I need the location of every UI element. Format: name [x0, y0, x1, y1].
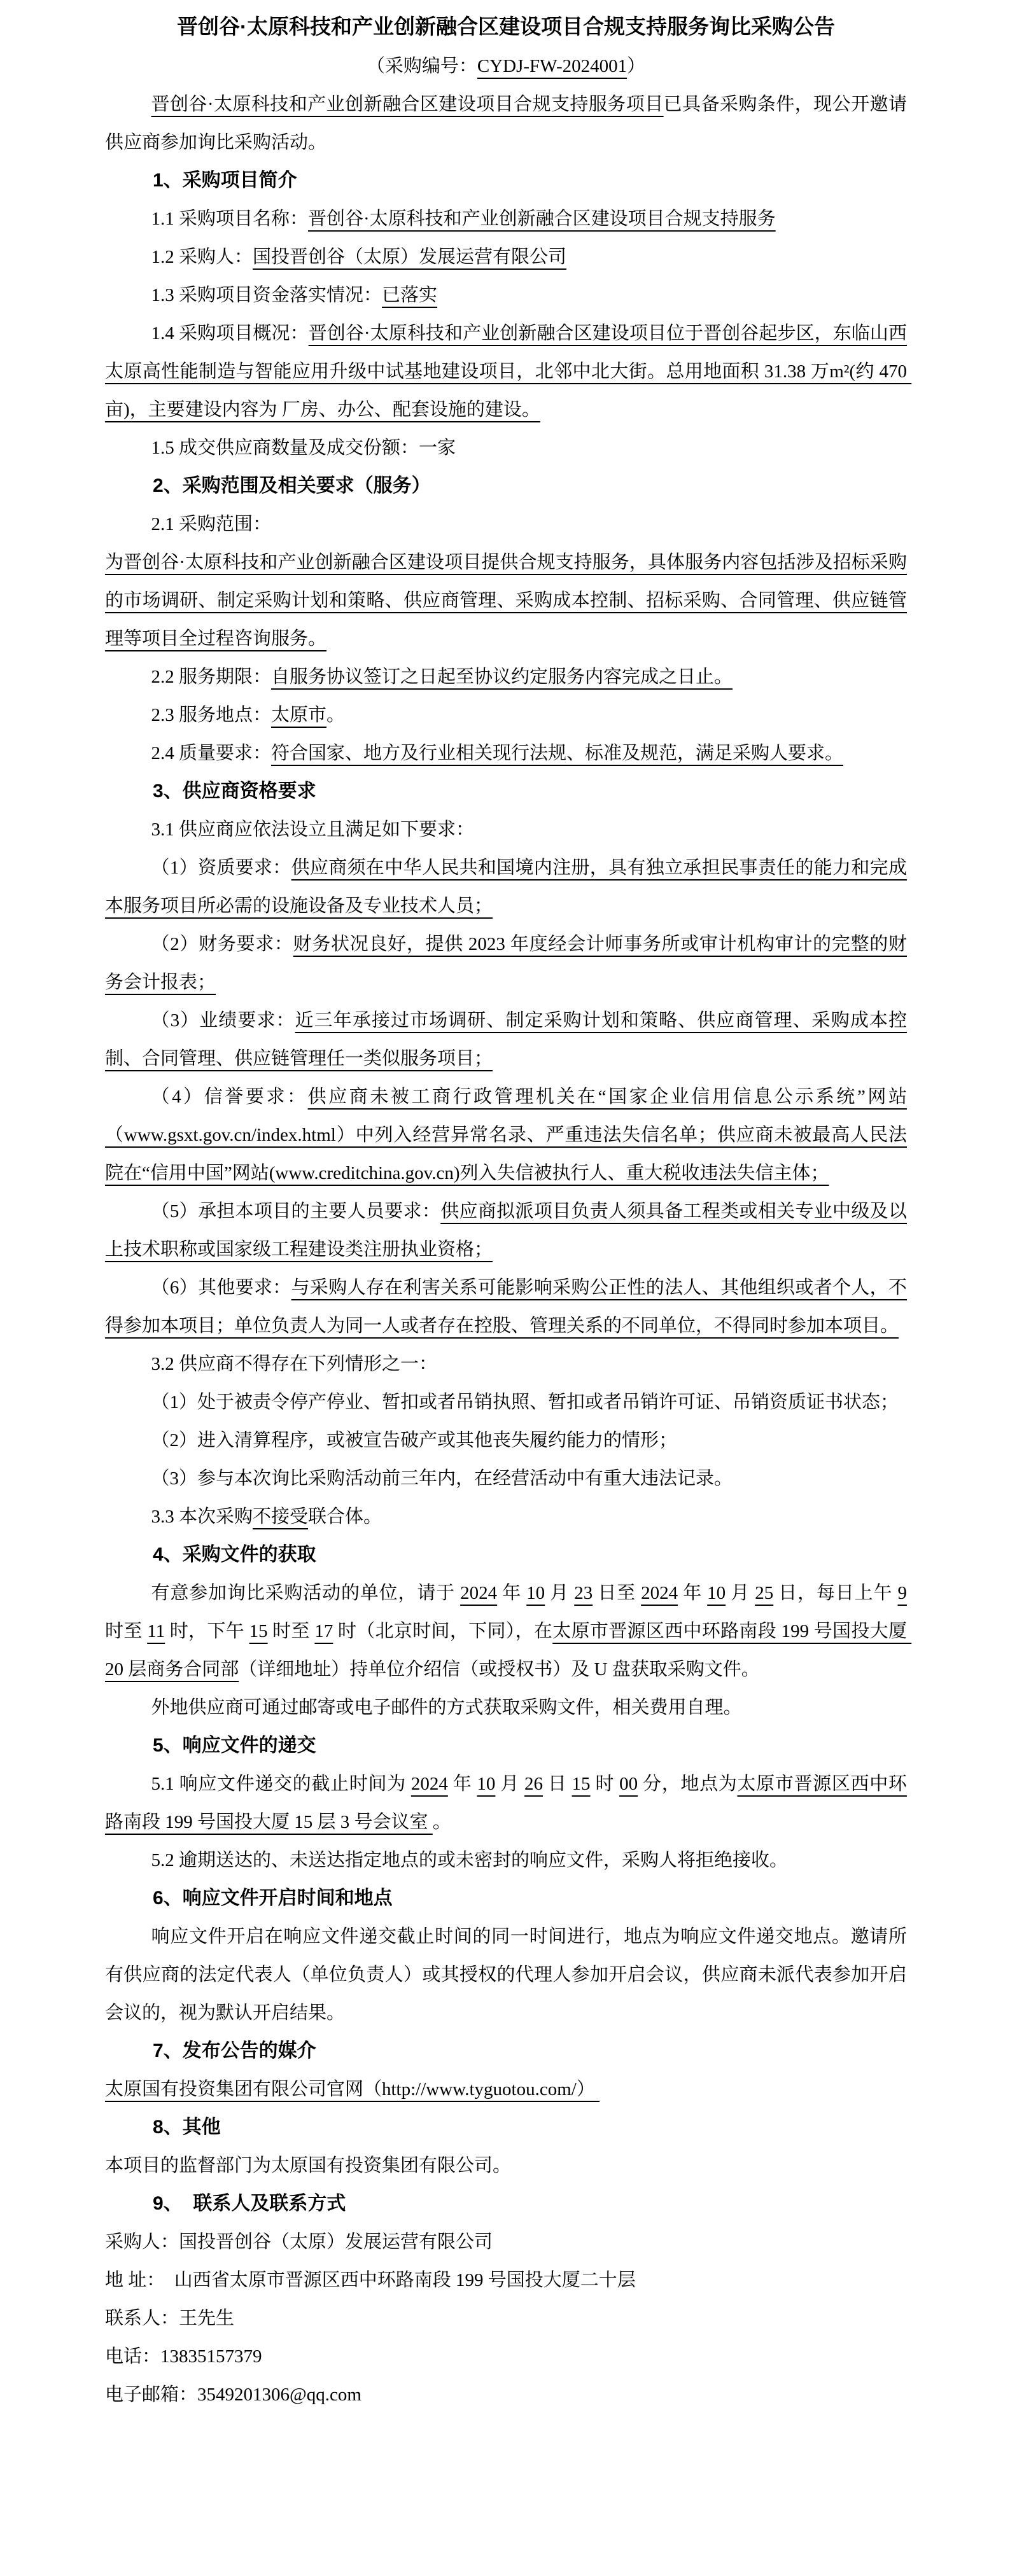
text-run: 2.3 服务地点： — [151, 705, 272, 725]
text-run: （2）财务要求： — [151, 934, 293, 954]
paragraph: 1.3 采购项目资金落实情况：已落实 — [105, 276, 907, 314]
paragraph: 1.1 采购项目名称：晋创谷·太原科技和产业创新融合区建设项目合规支持服务 — [105, 200, 907, 238]
text-run: 1.3 采购项目资金落实情况： — [151, 285, 382, 305]
underlined-text: 15 — [249, 1621, 268, 1641]
section-heading: 1、采购项目简介 — [105, 162, 907, 200]
paragraph: （5）承担本项目的主要人员要求：供应商拟派项目负责人须具备工程类或相关专业中级及… — [105, 1192, 907, 1269]
section-heading: 8、其他 — [105, 2108, 907, 2147]
text-run: 1.4 采购项目概况： — [151, 323, 309, 344]
underlined-text: 26 — [524, 1774, 543, 1794]
underlined-text: 已落实 — [382, 285, 437, 305]
underlined-text: 晋创谷·太原科技和产业创新融合区建设项目合规支持服务项目 — [151, 94, 664, 115]
paragraph: 太原国有投资集团有限公司官网（http://www.tyguotou.com/） — [105, 2070, 907, 2108]
underlined-text: 2024 — [641, 1583, 678, 1603]
paragraph: 2.4 质量要求：符合国家、地方及行业相关现行法规、标准及规范，满足采购人要求。 — [105, 734, 907, 772]
underlined-text: 不接受 — [253, 1507, 308, 1527]
paragraph: 电子邮箱：3549201306@qq.com — [105, 2376, 907, 2414]
underlined-text: 10 — [526, 1583, 545, 1603]
paragraph: 2.3 服务地点：太原市。 — [105, 696, 907, 734]
section-heading: 6、响应文件开启时间和地点 — [105, 1879, 907, 1918]
paragraph: （4）信誉要求：供应商未被工商行政管理机关在“国家企业信用信息公示系统”网站（w… — [105, 1078, 907, 1192]
underlined-text: 2024 — [411, 1774, 448, 1794]
underlined-text: 11 — [147, 1621, 165, 1641]
paragraph: 1.5 成交供应商数量及成交份额：一家 — [105, 429, 907, 467]
paragraph: 1.4 采购项目概况：晋创谷·太原科技和产业创新融合区建设项目位于晋创谷起步区，… — [105, 314, 907, 429]
text-run: （6）其他要求： — [151, 1278, 291, 1298]
text-run: ） — [627, 56, 645, 76]
text-run: 1.1 采购项目名称： — [151, 209, 309, 229]
text-run: 时 — [591, 1774, 620, 1794]
text-run: 年 — [678, 1583, 707, 1603]
underlined-text: 太原市 — [271, 705, 326, 725]
paragraph: （1）资质要求：供应商须在中华人民共和国境内注册，具有独立承担民事责任的能力和完… — [105, 849, 907, 925]
text-run: 分，地点为 — [638, 1774, 737, 1794]
text-run: 年 — [448, 1774, 477, 1794]
underlined-text: 10 — [707, 1583, 726, 1603]
section-heading: 9、 联系人及联系方式 — [105, 2185, 907, 2223]
document-content: 晋创谷·太原科技和产业创新融合区建设项目合规支持服务询比采购公告（采购编号：CY… — [105, 6, 907, 2414]
paragraph: （1）处于被责令停产停业、暂扣或者吊销执照、暂扣或者吊销许可证、吊销资质证书状态… — [105, 1383, 907, 1421]
underlined-text: 17 — [314, 1621, 333, 1641]
text-run: 时（北京时间，下同），在 — [333, 1621, 552, 1641]
doc-number-line: （采购编号：CYDJ-FW-2024001） — [105, 47, 907, 85]
underlined-text: 晋创谷·太原科技和产业创新融合区建设项目合规支持服务 — [308, 209, 776, 229]
text-run: 时至 — [268, 1621, 315, 1641]
paragraph: 2.2 服务期限：自服务协议签订之日起至协议约定服务内容完成之日止。 — [105, 658, 907, 696]
underlined-text: 25 — [755, 1583, 773, 1603]
paragraph: （2）进入清算程序，或被宣告破产或其他丧失履约能力的情形； — [105, 1421, 907, 1459]
section-heading: 5、响应文件的递交 — [105, 1727, 907, 1765]
paragraph: 电话：13835157379 — [105, 2337, 907, 2376]
underlined-text: 10 — [477, 1774, 495, 1794]
paragraph: 本项目的监督部门为太原国有投资集团有限公司。 — [105, 2147, 907, 2185]
underlined-text: 国投晋创谷（太原）发展运营有限公司 — [253, 247, 566, 267]
text-run: 2.4 质量要求： — [151, 743, 272, 763]
text-run: 日至 — [593, 1583, 641, 1603]
paragraph: （6）其他要求：与采购人存在利害关系可能影响采购公正性的法人、其他组织或者个人，… — [105, 1269, 907, 1345]
text-run: 有意参加询比采购活动的单位，请于 — [151, 1583, 461, 1603]
doc-title: 晋创谷·太原科技和产业创新融合区建设项目合规支持服务询比采购公告 — [105, 6, 907, 47]
paragraph: 5.1 响应文件递交的截止时间为 2024 年 10 月 26 日 15 时 0… — [105, 1765, 907, 1841]
text-run: （3）业绩要求： — [151, 1010, 295, 1031]
underlined-text: 00 — [619, 1774, 638, 1794]
paragraph: 3.3 本次采购不接受联合体。 — [105, 1498, 907, 1536]
paragraph: 1.2 采购人：国投晋创谷（太原）发展运营有限公司 — [105, 238, 907, 276]
paragraph: （3）业绩要求：近三年承接过市场调研、制定采购计划和策略、供应商管理、采购成本控… — [105, 1001, 907, 1078]
text-run: 日 — [543, 1774, 572, 1794]
text-run: 日，每日上午 — [773, 1583, 897, 1603]
paragraph: 3.1 供应商应依法设立且满足如下要求： — [105, 811, 907, 849]
section-heading: 4、采购文件的获取 — [105, 1536, 907, 1574]
text-run: 月 — [545, 1583, 574, 1603]
underlined-text: 太原国有投资集团有限公司官网（http://www.tyguotou.com/） — [105, 2079, 600, 2099]
underlined-text: CYDJ-FW-2024001 — [477, 56, 627, 76]
paragraph: 3.2 供应商不得存在下列情形之一： — [105, 1345, 907, 1383]
paragraph: 外地供应商可通过邮寄或电子邮件的方式获取采购文件，相关费用自理。 — [105, 1688, 907, 1727]
paragraph: 晋创谷·太原科技和产业创新融合区建设项目合规支持服务项目已具备采购条件，现公开邀… — [105, 85, 907, 162]
underlined-text: 23 — [574, 1583, 593, 1603]
section-heading: 2、采购范围及相关要求（服务） — [105, 467, 907, 505]
text-run: （采购编号： — [367, 56, 477, 76]
underlined-text: 15 — [572, 1774, 591, 1794]
paragraph: 2.1 采购范围： — [105, 505, 907, 543]
underlined-text: 符合国家、地方及行业相关现行法规、标准及规范，满足采购人要求。 — [271, 743, 843, 763]
text-run: 月 — [726, 1583, 755, 1603]
paragraph: 响应文件开启在响应文件递交截止时间的同一时间进行，地点为响应文件递交地点。邀请所… — [105, 1918, 907, 2032]
underlined-text: 自服务协议签订之日起至协议约定服务内容完成之日止。 — [271, 667, 733, 687]
section-heading: 3、供应商资格要求 — [105, 772, 907, 811]
text-run: 联合体。 — [308, 1507, 382, 1527]
paragraph: 地 址： 山西省太原市晋源区西中环路南段 199 号国投大厦二十层 — [105, 2261, 907, 2299]
text-run: 。 — [433, 1812, 451, 1832]
text-run: （1）资质要求： — [151, 858, 291, 878]
text-run: 月 — [495, 1774, 524, 1794]
paragraph: 为晋创谷·太原科技和产业创新融合区建设项目提供合规支持服务，具体服务内容包括涉及… — [105, 543, 907, 658]
paragraph: （2）财务要求：财务状况良好，提供 2023 年度经会计师事务所或审计机构审计的… — [105, 925, 907, 1001]
paragraph: 有意参加询比采购活动的单位，请于 2024 年 10 月 23 日至 2024 … — [105, 1574, 907, 1688]
text-run: 。 — [326, 705, 345, 725]
section-heading: 7、发布公告的媒介 — [105, 2032, 907, 2070]
underlined-text: 为晋创谷·太原科技和产业创新融合区建设项目提供合规支持服务，具体服务内容包括涉及… — [105, 552, 907, 649]
paragraph: 联系人：王先生 — [105, 2299, 907, 2337]
text-run: （4）信誉要求： — [151, 1087, 308, 1107]
text-run: 年 — [497, 1583, 526, 1603]
text-run: 2.2 服务期限： — [151, 667, 272, 687]
text-run: 1.2 采购人： — [151, 247, 253, 267]
paragraph: 5.2 逾期送达的、未送达指定地点的或未密封的响应文件，采购人将拒绝接收。 — [105, 1841, 907, 1879]
text-run: （5）承担本项目的主要人员要求： — [151, 1201, 441, 1222]
underlined-text: 2024 — [460, 1583, 497, 1603]
underlined-text: 9 — [897, 1583, 907, 1603]
paragraph: 采购人：国投晋创谷（太原）发展运营有限公司 — [105, 2223, 907, 2261]
paragraph: （3）参与本次询比采购活动前三年内，在经营活动中有重大违法记录。 — [105, 1459, 907, 1498]
text-run: 3.3 本次采购 — [151, 1507, 253, 1527]
text-run: 时，下午 — [165, 1621, 249, 1641]
document-page: 晋创谷·太原科技和产业创新融合区建设项目合规支持服务询比采购公告（采购编号：CY… — [0, 0, 1010, 2576]
text-run: （详细地址）持单位介绍信（或授权书）及 U 盘获取采购文件。 — [239, 1659, 759, 1680]
text-run: 5.1 响应文件递交的截止时间为 — [151, 1774, 411, 1794]
